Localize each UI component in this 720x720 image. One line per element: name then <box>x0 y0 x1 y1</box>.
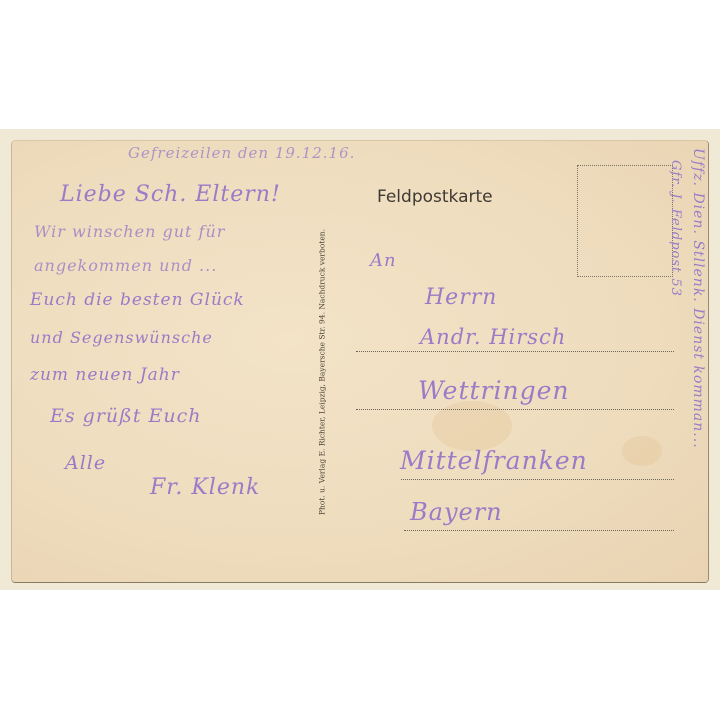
message-line: zum neuen Jahr <box>30 365 180 385</box>
message-line: Es grüßt Euch <box>50 405 202 427</box>
message-line: Euch die besten Glück <box>30 290 245 310</box>
message-line: Liebe Sch. Eltern! <box>60 182 281 207</box>
postcard-title: Feldpostkarte <box>377 187 493 207</box>
address-line: Wettringen <box>418 376 570 405</box>
address-line: Bayern <box>410 498 503 526</box>
address-line: Herrn <box>425 285 497 310</box>
address-line: Andr. Hirsch <box>420 325 566 349</box>
stamp-box <box>577 165 673 277</box>
address-dotted-line <box>356 409 674 410</box>
message-line: Wir winschen gut für <box>34 222 225 241</box>
message-line: und Segenswünsche <box>30 328 213 347</box>
publisher-imprint: Phot. u. Verlag E. Richter, Leipzig, Bay… <box>318 229 327 515</box>
address-dotted-line <box>404 530 674 531</box>
signature: Fr. Klenk <box>150 475 260 500</box>
sender-margin-note: Gfr. J. Feldpost 53 <box>668 160 683 297</box>
sender-margin-note: Uffz. Dien. Stllenk. Dienst komman... <box>690 148 706 449</box>
address-prefix: An <box>370 250 397 271</box>
dateline: Gefreizeilen den 19.12.16. <box>128 144 355 162</box>
address-line: Mittelfranken <box>400 446 588 475</box>
paper-stain <box>622 436 662 466</box>
address-dotted-line <box>401 479 674 480</box>
address-dotted-line <box>356 351 674 352</box>
message-line: Alle <box>65 452 106 474</box>
message-line: angekommen und ... <box>34 256 217 275</box>
